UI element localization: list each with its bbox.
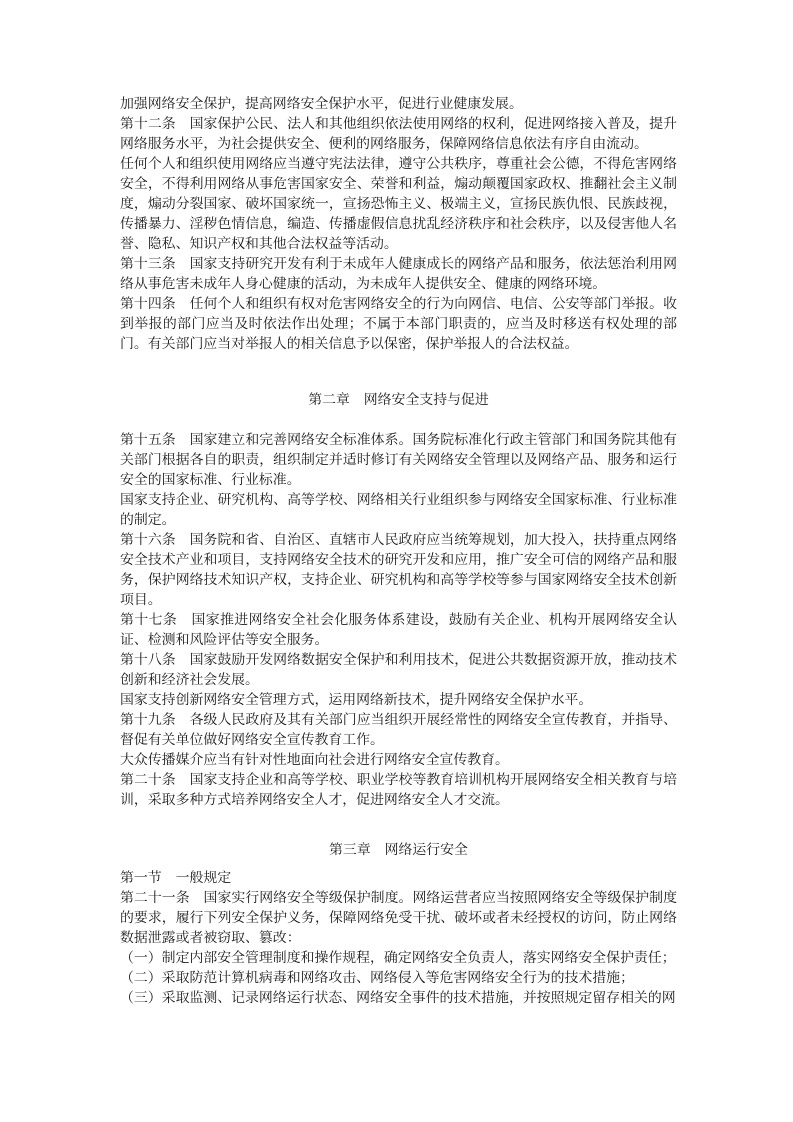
document-text-area: 加强网络安全保护，提高网络安全保护水平，促进行业健康发展。 第十二条 国家保护公… <box>120 95 677 1009</box>
article-21-item-3: （三）采取监测、记录网络运行状态、网络安全事件的技术措施，并按照规定留存相关的网 <box>120 989 677 1009</box>
continued-paragraph: 加强网络安全保护，提高网络安全保护水平，促进行业健康发展。 <box>120 95 677 115</box>
chapter-2-heading: 第二章 网络安全支持与促进 <box>120 391 677 411</box>
law-document-page: 加强网络安全保护，提高网络安全保护水平，促进行业健康发展。 第十二条 国家保护公… <box>0 0 793 1122</box>
article-13-paragraph: 第十三条 国家支持研究开发有利于未成年人健康成长的网络产品和服务，依法惩治利用网… <box>120 255 677 295</box>
article-15-paragraph-2: 国家支持企业、研究机构、高等学校、网络相关行业组织参与网络安全国家标准、行业标准… <box>120 491 677 531</box>
article-18-paragraph-2: 国家支持创新网络安全管理方式，运用网络新技术，提升网络安全保护水平。 <box>120 691 677 711</box>
article-14-paragraph: 第十四条 任何个人和组织有权对危害网络安全的行为向网信、电信、公安等部门举报。收… <box>120 295 677 355</box>
article-17-paragraph: 第十七条 国家推进网络安全社会化服务体系建设，鼓励有关企业、机构开展网络安全认证… <box>120 611 677 651</box>
article-12-paragraph: 第十二条 国家保护公民、法人和其他组织依法使用网络的权利，促进网络接入普及，提升… <box>120 115 677 155</box>
article-21-item-1: （一）制定内部安全管理制度和操作规程，确定网络安全负责人，落实网络安全保护责任； <box>120 949 677 969</box>
article-12-paragraph-2: 任何个人和组织使用网络应当遵守宪法法律，遵守公共秩序，尊重社会公德，不得危害网络… <box>120 155 677 255</box>
article-19-paragraph-2: 大众传播媒介应当有针对性地面向社会进行网络安全宣传教育。 <box>120 751 677 771</box>
article-21-paragraph: 第二十一条 国家实行网络安全等级保护制度。网络运营者应当按照网络安全等级保护制度… <box>120 889 677 949</box>
section-1-title: 第一节 一般规定 <box>120 869 677 889</box>
article-20-paragraph: 第二十条 国家支持企业和高等学校、职业学校等教育培训机构开展网络安全相关教育与培… <box>120 771 677 811</box>
article-15-paragraph: 第十五条 国家建立和完善网络安全标准体系。国务院标准化行政主管部门和国务院其他有… <box>120 431 677 491</box>
article-18-paragraph: 第十八条 国家鼓励开发网络数据安全保护和利用技术，促进公共数据资源开放，推动技术… <box>120 651 677 691</box>
chapter-3-heading: 第三章 网络运行安全 <box>120 841 677 861</box>
article-19-paragraph: 第十九条 各级人民政府及其有关部门应当组织开展经常性的网络安全宣传教育，并指导、… <box>120 711 677 751</box>
article-21-item-2: （二）采取防范计算机病毒和网络攻击、网络侵入等危害网络安全行为的技术措施； <box>120 969 677 989</box>
article-16-paragraph: 第十六条 国务院和省、自治区、直辖市人民政府应当统筹规划，加大投入，扶持重点网络… <box>120 531 677 611</box>
